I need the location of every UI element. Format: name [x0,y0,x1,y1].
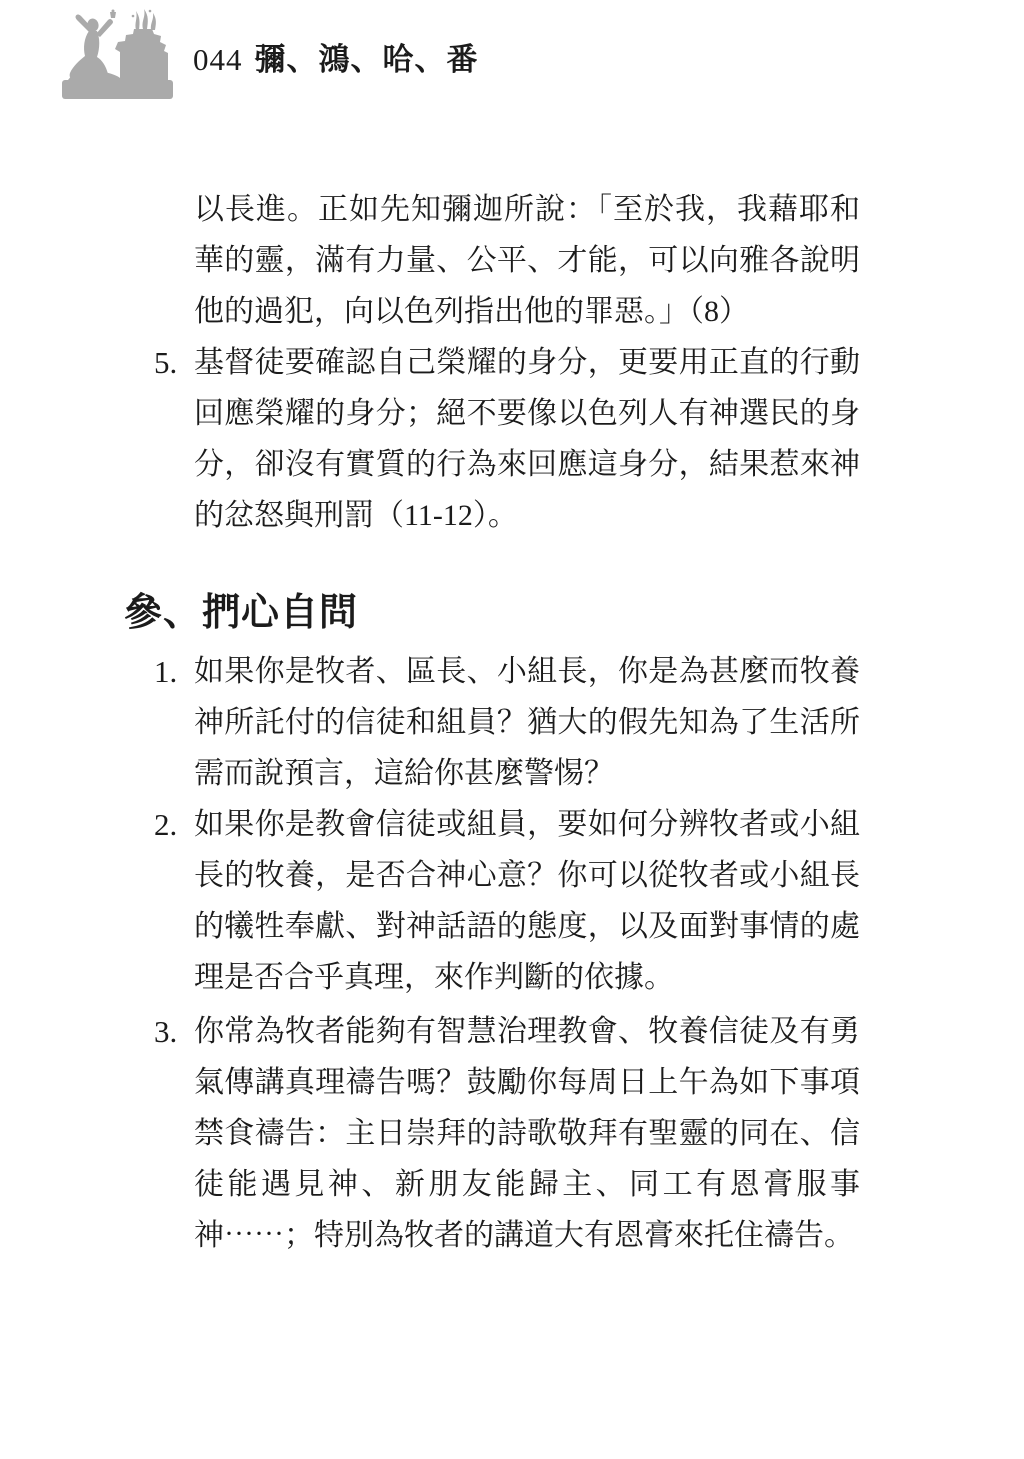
item-number: 3. [154,1006,177,1057]
running-title: 044彌、鴻、哈、番 [193,42,479,78]
point-summary-tail: 以長進。 [194,193,318,226]
section-heading: 參、捫心自問 [124,589,860,637]
question-text: 如果你是牧者、區長、小組長，你是為甚麼而牧養神所託付的信徒和組員？猶大的假先知為… [194,646,860,799]
book-page: 044彌、鴻、哈、番 以長進。正如先知彌迦所說：「至於我，我藉耶和華的靈，滿有力… [0,0,1024,1459]
item-number: 5. [154,337,177,388]
praying-figure-altar-icon [60,8,175,100]
question-text: 如果你是教會信徒或組員，要如何分辨牧者或小組長的牧養，是否合神心意？你可以從牧者… [194,799,860,1003]
page-content: 以長進。正如先知彌迦所說：「至於我，我藉耶和華的靈，滿有力量、公平、才能，可以向… [194,184,860,1261]
question-item-2: 2. 如果你是教會信徒或組員，要如何分辨牧者或小組長的牧養，是否合神心意？你可以… [194,799,860,1003]
question-text: 你常為牧者能夠有智慧治理教會、牧養信徒及有勇氣傳講真理禱告嗎？鼓勵你每周日上午為… [194,1006,860,1261]
question-item-3: 3. 你常為牧者能夠有智慧治理教會、牧養信徒及有勇氣傳講真理禱告嗎？鼓勵你每周日… [194,1006,860,1261]
page-number: 044 [193,42,243,77]
continued-paragraph: 以長進。正如先知彌迦所說：「至於我，我藉耶和華的靈，滿有力量、公平、才能，可以向… [194,184,860,337]
book-title: 彌、鴻、哈、番 [255,42,479,77]
page-header: 044彌、鴻、哈、番 [60,8,479,100]
item-number: 1. [154,646,177,697]
question-item-1: 1. 如果你是牧者、區長、小組長，你是為甚麼而牧養神所託付的信徒和組員？猶大的假… [194,646,860,799]
item-number: 2. [154,799,177,850]
item-paragraph: 基督徒要確認自己榮耀的身分，更要用正直的行動回應榮耀的身分；絕不要像以色列人有神… [194,337,860,541]
list-item-5: 5. 基督徒要確認自己榮耀的身分，更要用正直的行動回應榮耀的身分；絕不要像以色列… [194,337,860,541]
